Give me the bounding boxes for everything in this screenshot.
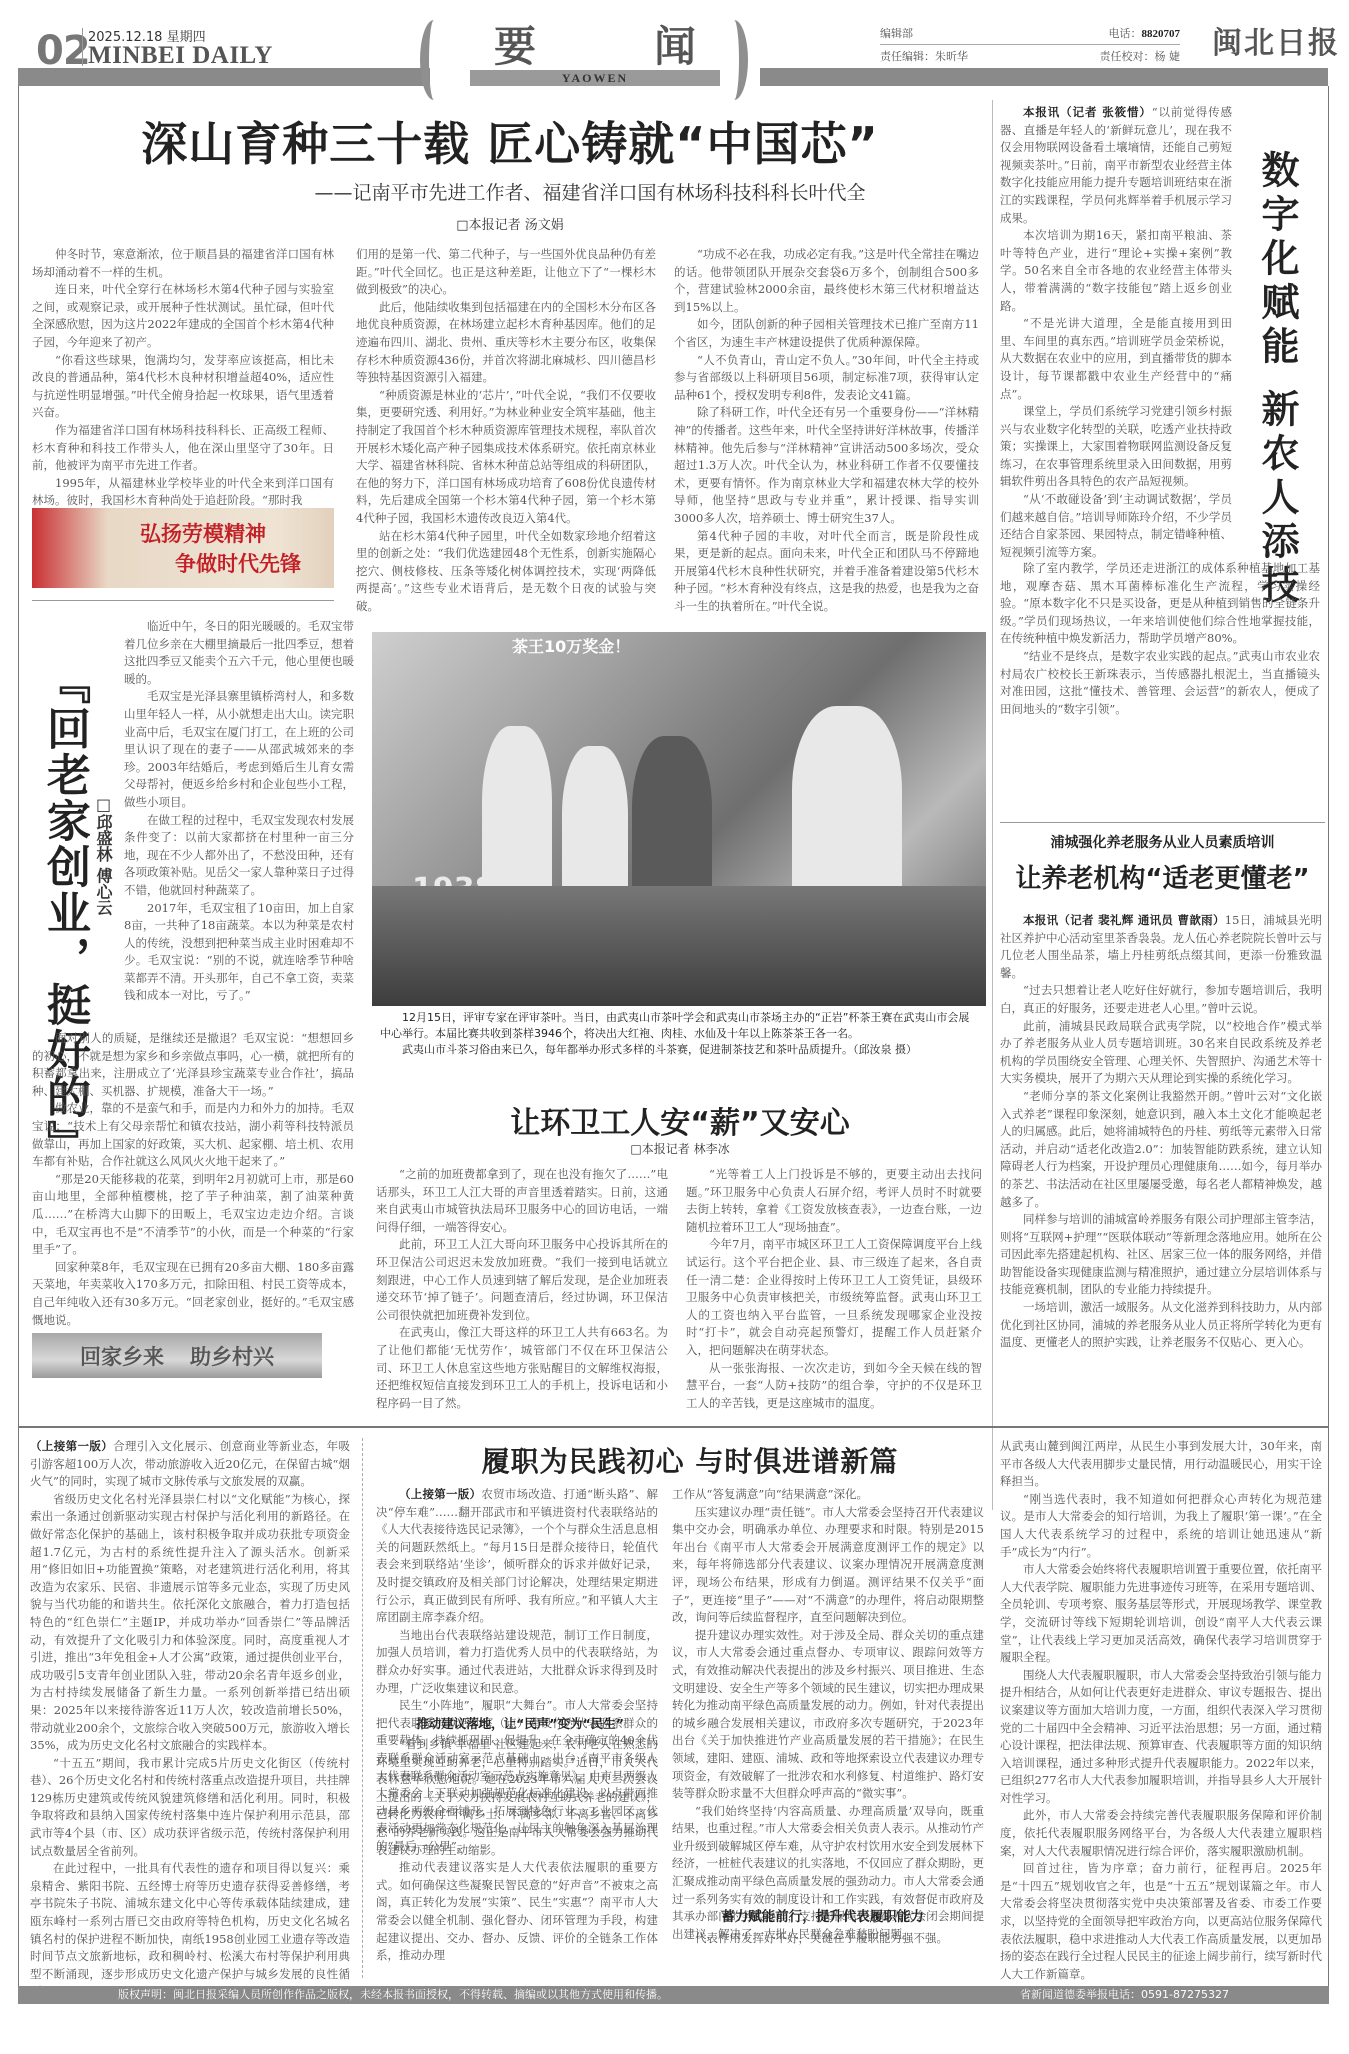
section-title-char-1: 要	[494, 14, 536, 74]
paragraph: 除了室内教学，学员还走进浙江的成体系种植基地加工基地，观摩杏菇、黑木耳菌棒标准化…	[1000, 560, 1320, 648]
paragraph: “那是20天能移栽的花菜，到明年2月初就可上市，那是60亩山地里，全部种植樱桃，…	[32, 1171, 354, 1259]
paragraph: 们用的是第一代、第二代种子，与一些国外优良品种仍有差距。”叶代全回忆。也正是这种…	[356, 246, 656, 299]
paragraph: 围绕人大代表履职履职，市人大常委会坚持致治引领与能力提升相结合，从如何让代表更好…	[1000, 1667, 1322, 1808]
congress-subhead-2: 蓄力赋能前行，提升代表履职能力	[660, 1905, 985, 1925]
congress-col-c: 从武夷山麓到闽江两岸，从民生小事到发展大计，30年来，南平市各级人大代表用脚步丈…	[1000, 1438, 1322, 1983]
photo-caption: 12月15日，评审专家在评审茶叶。当日，由武夷山市茶叶学会和武夷山市茶场主办的“…	[380, 1010, 980, 1058]
return-home-body-top: 临近中午，冬日的阳光暖暖的。毛双宝带着几位乡亲在大棚里摘最后一批四季豆，想着这批…	[124, 618, 354, 1026]
photo-banner-text: 茶王10万奖金！	[512, 634, 630, 657]
section-divider	[1000, 822, 1325, 823]
congress-col-b: 工作从“答复满意”向“结果满意”深化。 压实建议办理“责任链”。市人大常委会坚持…	[672, 1486, 984, 1943]
newspaper-logo: 闽北日报	[1200, 18, 1340, 62]
paragraph: 一场培训，激活一域服务。从文化滋养到科技助力，从内部优化到社区协同，浦城的养老服…	[1000, 1299, 1322, 1352]
paragraph: 在此过程中，一批具有代表性的遗存和项目得以复兴：乘泉精舍、紫阳书院、五经博士府等…	[30, 1860, 350, 2001]
header-bar-left	[18, 68, 430, 86]
congress-col-a2: “看到乡镇‘幸福里’社区建起来，农村老人在熟悉的环境里实现互助养老，心里特别踏实…	[376, 1736, 658, 1965]
lead-col-2: 们用的是第一代、第二代种子，与一些国外优良品种仍有差距。”叶代全回忆。也正是这种…	[356, 246, 656, 615]
paragraph: “结业不是终点，是数字农业实践的起点。”武夷山市农业农村局农广校校长王新珠表示，…	[1000, 648, 1320, 718]
congress-col-b2: 代表作用发挥好不好，关键在于履职能力强不强。	[672, 1930, 984, 1948]
paragraph: “刚当选代表时，我不知道如何把群众心声转化为规范建议。是市人大常委会的知行培训，…	[1000, 1491, 1322, 1561]
paragraph: “过去只想着让老人吃好住好就行，参加专题培训后，我明白，真正的好服务，还要走进老…	[1000, 982, 1322, 1017]
elder-kicker: 浦城强化养老服务从业人员素质培训	[1000, 832, 1325, 852]
paragraph: 毛双宝是光泽县寨里镇桥湾村人，和多数山里年轻人一样，从小就想走出大山。读完职业高…	[124, 688, 354, 811]
paragraph: “老师分享的茶文化案例让我豁然开朗。”曾叶云对“文化嵌入式养老”课程印象深刻，她…	[1000, 1088, 1322, 1211]
tea-contest-photo: 茶王10万奖金！ 1938	[372, 632, 986, 1006]
sanitation-col-1: “之前的加班费都拿到了，现在也没有拖欠了……”电话那头，环卫工人江大哥的声音里透…	[376, 1166, 668, 1412]
sanitation-col-2: “光等着工人上门投诉是不够的，更要主动出去找问题。”环卫服务中心负责人石屏介绍，…	[686, 1166, 982, 1412]
paragraph: 从一张张海报、一次次走访，到如今全天候在线的智慧平台，一套“人防+技防”的组合拳…	[686, 1360, 982, 1413]
paper-name-en: MINBEI DAILY	[88, 42, 273, 70]
section-rule	[18, 1426, 1329, 1428]
editor-info: 责任编辑：朱昕华	[880, 48, 968, 64]
section-title: 要 闻	[470, 14, 720, 74]
return-home-banner: 回家乡来 助乡村兴	[32, 1333, 322, 1378]
labor-banner-line1: 弘扬劳模精神	[140, 518, 266, 548]
paragraph: “你看这些球果，饱满均匀，发芽率应该挺高，相比未改良的普通品种，第4代杉木良种材…	[32, 352, 334, 422]
paragraph: 连日来，叶代全穿行在林场杉木第4代种子园与实验室之间，或观察记录，或开展种子性状…	[32, 281, 334, 351]
paragraph: 临近中午，冬日的阳光暖暖的。毛双宝带着几位乡亲在大棚里摘最后一批四季豆，想着这批…	[124, 618, 354, 688]
paragraph: 本报讯（记者 张筱惜）“以前觉得传感器、直播是年轻人的‘新鲜玩意儿’，现在我不仅…	[1000, 104, 1232, 227]
paragraph: 面对别人的质疑，是继续还是撤退？毛双宝说：“想想回乡的初心，不就是想为家乡和乡亲…	[32, 1030, 354, 1100]
paragraph: 武夷山市斗茶习俗由来已久，每年都举办形式多样的斗茶赛，促进制茶技艺和茶叶品质提升…	[380, 1042, 980, 1058]
copyright-notice: 版权声明：闽北日报采编人员所创作作品之版权，未经本报书面授权，不得转载、摘编或以…	[118, 1986, 668, 2004]
paragraph: 本报讯（记者 裴礼辉 通讯员 曹歆雨）15日，浦城县光明社区养护中心活动室里茶香…	[1000, 912, 1322, 982]
paragraph: 课堂上，学员们系统学习党建引领乡村振兴与农业数字化转型的关联，吃透产业扶持政策；…	[1000, 403, 1232, 491]
paragraph: “之前的加班费都拿到了，现在也没有拖欠了……”电话那头，环卫工人江大哥的声音里透…	[376, 1166, 668, 1236]
report-hotline: 省新闻道德委举报电话：0591-87275327	[1020, 1986, 1229, 2004]
labor-banner-line2: 争做时代先锋	[175, 548, 301, 578]
paragraph: 本次培训为期16天，紧扣南平粮油、茶叶等特色产业，进行“理论+实操+案例”教学。…	[1000, 227, 1232, 315]
paragraph: 12月15日，评审专家在评审茶叶。当日，由武夷山市茶叶学会和武夷山市茶场主办的“…	[380, 1010, 980, 1042]
paragraph: “从‘不敢碰设备’到‘主动调试数据’，学员们越来越自信。”培训导师陈玲介绍，不少…	[1000, 491, 1232, 561]
paragraph: 作为福建省洋口国有林场科技科科长、正高级工程师、杉木育种和科技工作带头人，他在深…	[32, 422, 334, 475]
paragraph: 2017年，毛双宝租了10亩田，加上自家8亩，一共种了18亩蔬菜。本以为种菜是农…	[124, 900, 354, 1006]
paragraph: 如今，团队创新的种子园相关管理技术已推广至南方11个省区，为速生丰产林建设提供了…	[674, 316, 979, 351]
labor-model-banner: 弘扬劳模精神 争做时代先锋	[32, 508, 334, 588]
paragraph: 除了科研工作，叶代全还有另一个重要身份——“洋林精神”的传播者。这些年来，叶代全…	[674, 404, 979, 527]
congress-subhead-1: 推动建议落地，让“民声”变为“民生”	[380, 1714, 660, 1732]
paragraph: 提升建议办理实效性。对于涉及全局、群众关切的重点建议，市人大常委会通过重点督办、…	[672, 1627, 984, 1803]
paragraph: 同样参与培训的浦城富岭养服务有限公司护理部主管李洁，则将“互联网+护理”“医联体…	[1000, 1211, 1322, 1299]
paragraph: 1995年，从福建林业学校毕业的叶代全来到洋口国有林场。彼时，我国杉木育种尚处于…	[32, 475, 334, 510]
lead-byline: □本报记者 汤文娟	[360, 214, 660, 233]
paragraph: 此前，环卫工人江大哥向环卫服务中心投诉其所在的环卫保洁公司迟迟未发放加班费。“我…	[376, 1236, 668, 1324]
congress-headline: 履职为民践初心 与时俱进谱新篇	[420, 1440, 960, 1480]
lead-headline: 深山育种三十载 匠心铸就“中国芯”	[80, 108, 940, 174]
digital-article-body: 本报讯（记者 张筱惜）“以前觉得传感器、直播是年轻人的‘新鲜玩意儿’，现在我不仅…	[1000, 104, 1232, 561]
header-bar-right	[760, 68, 1328, 86]
return-home-byline: □邱盛林 傅心云	[92, 795, 115, 916]
return-home-body-bottom: 面对别人的质疑，是继续还是撤退？毛双宝说：“想想回乡的初心，不就是想为家乡和乡亲…	[32, 1030, 354, 1329]
paragraph: 今年7月，南平市城区环卫工人工资保障调度平台上线试运行。这个平台把企业、县、市三…	[686, 1236, 982, 1359]
paragraph: 在武夷山，像江大哥这样的环卫工人共有663名。为了让他们都能‘无忧劳作’，城管部…	[376, 1324, 668, 1412]
paragraph: 站在杉木第4代种子园里，叶代全如数家珍地介绍着这里的创新之处：“我们优选建园48…	[356, 528, 656, 616]
paragraph: “种质资源是林业的‘芯片’，”叶代全说，“我们不仅要收集，更要研究透、利用好。”…	[356, 387, 656, 528]
paragraph: 压实建议办理“责任链”。市人大常委会坚持召开代表建议集中交办会，明确承办单位、办…	[672, 1504, 984, 1627]
sanitation-headline: 让环卫工人安“薪”又安心	[370, 1098, 990, 1142]
bracket-left-ornament	[420, 20, 448, 100]
section-divider	[32, 600, 334, 601]
lead-subheadline: ——记南平市先进工作者、福建省洋口国有林场科技科科长叶代全	[200, 178, 980, 205]
paragraph: 从武夷山麓到闽江两岸，从民生小事到发展大计，30年来，南平市各级人大代表用脚步丈…	[1000, 1438, 1322, 1491]
header-divider	[82, 28, 83, 66]
dept-label: 编辑部	[880, 25, 913, 41]
home-banner-left: 回家乡来	[80, 1341, 164, 1371]
digital-article-body-cont: 除了室内教学，学员还走进浙江的成体系种植基地加工基地，观摩杏菇、黑木耳菌棒标准化…	[1000, 560, 1320, 718]
section-title-en: YAOWEN	[470, 70, 720, 86]
footer-bar: 版权声明：闽北日报采编人员所创作作品之版权，未经本报书面授权，不得转载、摘编或以…	[18, 1986, 1329, 2004]
paragraph: 代表作用发挥好不好，关键在于履职能力强不强。	[672, 1930, 984, 1948]
paragraph: 此前，浦城县民政局联合武夷学院，以“校地合作”模式举办了养老服务从业人员专题培训…	[1000, 1018, 1322, 1088]
paragraph: “不是光讲大道理，全是能直接用到田里、车间里的真东西。”培训班学员金荣桥说，从大…	[1000, 315, 1232, 403]
dashed-divider	[362, 1438, 363, 1978]
frame-left	[18, 86, 19, 1986]
sanitation-byline: □本报记者 林李冰	[370, 1140, 990, 1157]
paragraph: 省级历史文化名村光泽县崇仁村以“文化赋能”为核心，探索出一条通过创新驱动实现古村…	[30, 1491, 350, 1755]
paragraph: “功成不必在我，功成必定有我。”这是叶代全常挂在嘴边的话。他带领团队开展杂交套袋…	[674, 246, 979, 316]
phone-info: 电话：8820707	[1109, 25, 1181, 41]
bracket-right-ornament	[720, 20, 748, 100]
digital-article-title: 数字化赋能 新农人添技	[1250, 150, 1305, 609]
proofreader-info: 责任校对：杨 婕	[1100, 48, 1181, 64]
paragraph: 在做工程的过程中，毛双宝发现农村发展条件变了：以前大家都挤在村里种一亩三分地，现…	[124, 812, 354, 900]
paragraph: “光等着工人上门投诉是不够的，更要主动出去找问题。”环卫服务中心负责人石屏介绍，…	[686, 1166, 982, 1236]
photo-person	[792, 706, 902, 916]
paragraph: 推动代表建议落实是人大代表依法履职的重要方式。如何确保这些凝聚民智民意的“好声音…	[376, 1859, 658, 1965]
paragraph: 此后，他陆续收集到包括福建在内的全国杉木分布区各地优良种质资源，在林场建立起杉木…	[356, 299, 656, 387]
paragraph: 此外，市人大常委会持续完善代表履职服务保障和评价制度，依托代表履职服务网络平台，…	[1000, 1807, 1322, 1860]
paragraph: （上接第一版）合理引入文化展示、创意商业等新业态，年吸引游客超100万人次，带动…	[30, 1438, 350, 1491]
photo-table	[372, 886, 986, 1006]
paragraph: 当地出台代表联络站建设规范，制订工作日制度，加强人员培训，着力打造优秀人员中的代…	[376, 1627, 658, 1697]
paragraph: “十五五”期间，我市累计完成5片历史文化街区（传统村巷）、26个历史文化名村和传…	[30, 1755, 350, 1861]
frame-right	[1328, 86, 1329, 1986]
paragraph: 仲冬时节，寒意渐浓，位于顺昌县的福建省洋口国有林场却涌动着不一样的生机。	[32, 246, 334, 281]
paragraph: 市人大常委会始终将代表履职培训置于重要位置，依托南平人大代表学院、履职能力先进事…	[1000, 1561, 1322, 1667]
heritage-continued-col: （上接第一版）合理引入文化展示、创意商业等新业态，年吸引游客超100万人次，带动…	[30, 1438, 350, 2001]
paragraph: 第4代种子园的丰收，对叶代全而言，既是阶段性成果，更是新的起点。面向未来，叶代全…	[674, 528, 979, 616]
section-title-char-2: 闻	[654, 14, 696, 74]
paragraph: 工作从“答复满意”向“结果满意”深化。	[672, 1486, 984, 1504]
paragraph: 回家种菜8年，毛双宝现在已拥有20多亩大棚、180多亩露天菜地，年卖菜收入170…	[32, 1259, 354, 1329]
paragraph: “人不负青山，青山定不负人。”30年间，叶代全主持或参与省部级以上科研项目56项…	[674, 352, 979, 405]
paragraph: （上接第一版）农贸市场改造、打通“断头路”、解决“停车难”……翻开邵武市和平镇进…	[376, 1486, 658, 1627]
column-divider	[992, 100, 993, 1510]
paragraph: 回首过往，皆为序章；奋力前行，征程再启。2025年是“十四五”规划收官之年，也是…	[1000, 1860, 1322, 1983]
home-banner-right: 助乡村兴	[190, 1341, 274, 1371]
lead-col-3: “功成不必在我，功成必定有我。”这是叶代全常挂在嘴边的话。他带领团队开展杂交套袋…	[674, 246, 979, 615]
lead-col-1: 仲冬时节，寒意渐浓，位于顺昌县的福建省洋口国有林场却涌动着不一样的生机。 连日来…	[32, 246, 334, 510]
elder-headline: 让养老机构“适老更懂老”	[1000, 858, 1325, 895]
elder-body: 本报讯（记者 裴礼辉 通讯员 曹歆雨）15日，浦城县光明社区养护中心活动室里茶香…	[1000, 912, 1322, 1352]
paragraph: 做农业，靠的不是蛮气和手，而是内力和外力的加持。毛双宝说：“技术上有父母亲帮忙和…	[32, 1100, 354, 1170]
paragraph: “看到乡镇‘幸福里’社区建起来，农村老人在熟悉的环境里实现互助养老，心里特别踏实…	[376, 1736, 658, 1859]
editorial-info: 编辑部 电话：8820707 责任编辑：朱昕华 责任校对：杨 婕	[880, 22, 1180, 67]
